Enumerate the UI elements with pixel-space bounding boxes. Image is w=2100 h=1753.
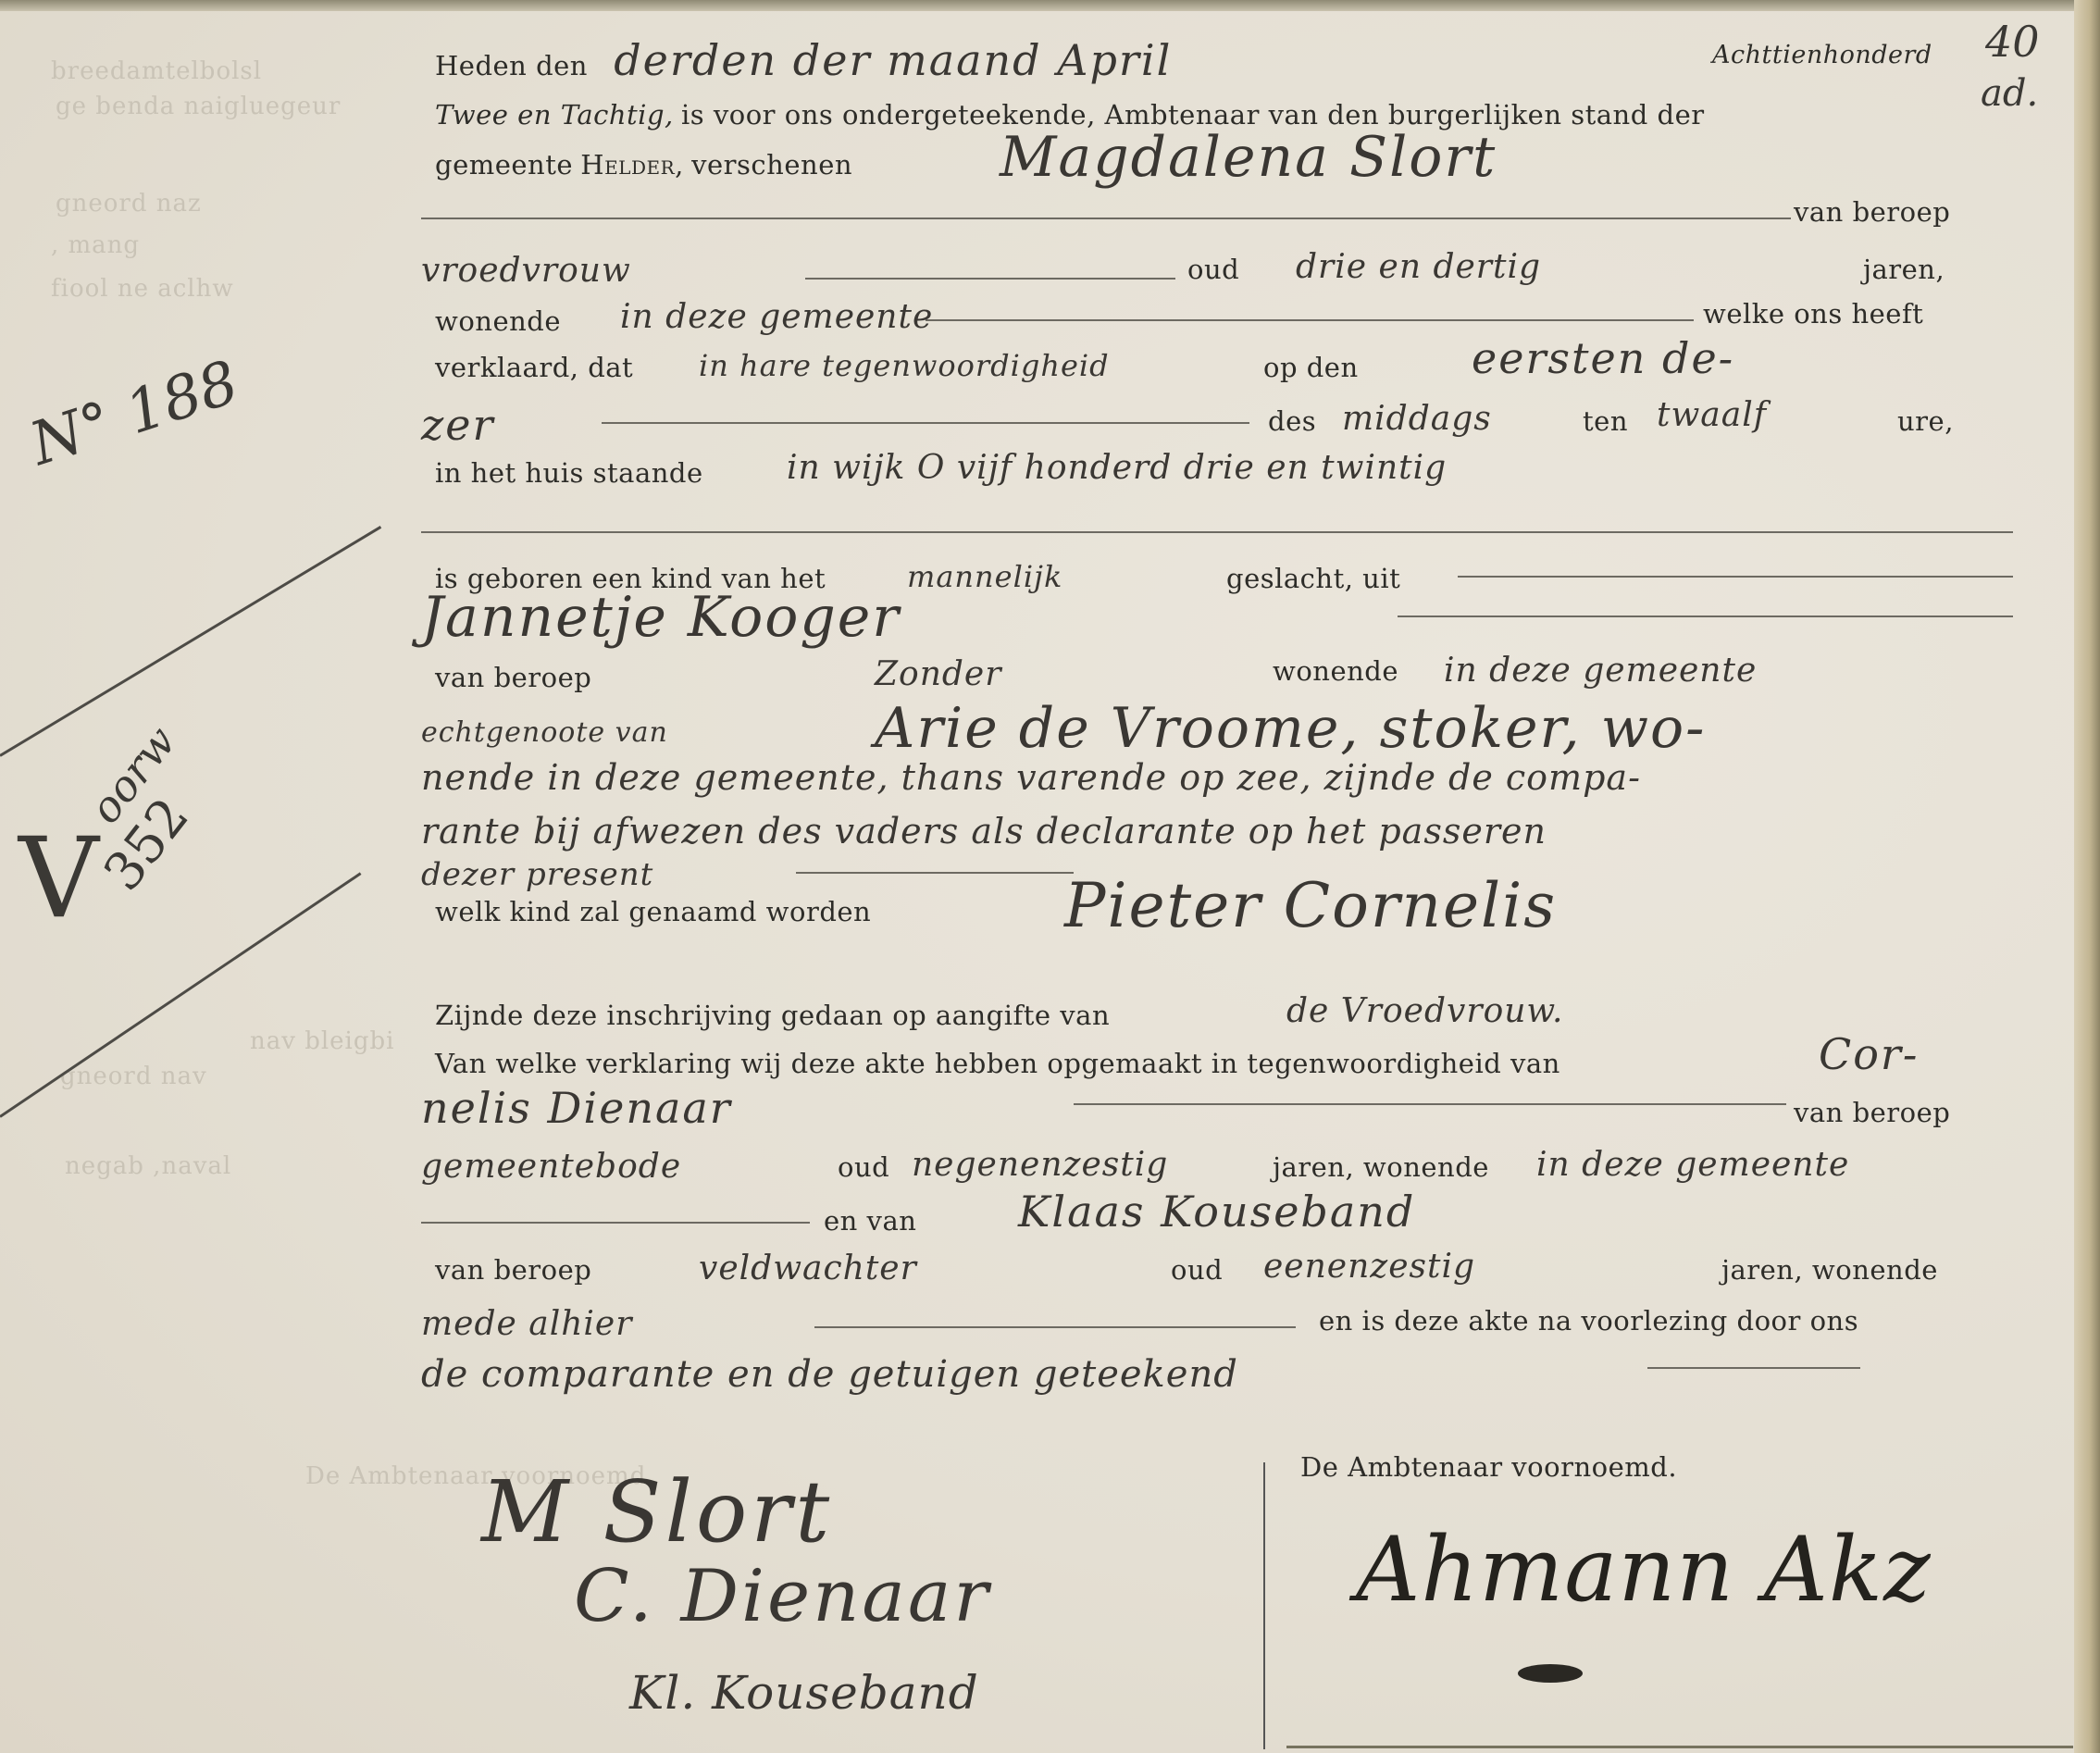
birth-address: in wijk O vijf honderd drie en twintig [787, 449, 1447, 487]
witness-1-occupation: gemeentebode [421, 1148, 681, 1186]
informant: de Vroedvrouw. [1286, 992, 1563, 1030]
printed-text: van beroep [1794, 196, 1950, 228]
ruled-line [1074, 1103, 1786, 1105]
printed-text: wonende [435, 305, 561, 337]
signature-brace [1263, 1462, 1265, 1749]
printed-text: ure, [1897, 405, 1954, 437]
printed-text: des [1268, 405, 1316, 437]
ink-blot [1518, 1664, 1583, 1683]
printed-text: verschenen [691, 149, 852, 180]
bleed-through-text: nav bleigbi [250, 1027, 394, 1055]
signature-official: Ahmann Akz [1356, 1518, 1932, 1622]
birth-month: zer [421, 400, 494, 450]
printed-text: van beroep [1794, 1097, 1950, 1128]
handwritten-text: echtgenoote van [421, 716, 668, 749]
bleed-through-text: breedamtelbolsl [51, 57, 262, 85]
handwritten-text: in hare tegenwoordigheid [699, 348, 1110, 383]
certificate-page: breedamtelbolsl ge benda naigluegeur gne… [0, 0, 2100, 1753]
printed-municipality: Helder, [580, 149, 684, 180]
declarant-occupation: vroedvrouw [421, 252, 631, 290]
printed-text: oud [1171, 1254, 1223, 1286]
handwritten-text: dezer present [421, 856, 653, 893]
printed-text: ten [1583, 405, 1628, 437]
mother-name: Jannetje Kooger [421, 585, 901, 650]
printed-text: jaren, [1863, 254, 1945, 285]
printed-text: oud [1187, 254, 1239, 285]
printed-text: Van welke verklaring wij deze akte hebbe… [435, 1048, 1560, 1079]
printed-century: Achttienhonderd [1712, 41, 1932, 69]
corner-annotation: ad. [1981, 72, 2038, 115]
page-top-edge [0, 0, 2100, 11]
witness-2-occupation: veldwachter [699, 1249, 917, 1287]
ruled-line [602, 422, 1249, 424]
printed-text: en is deze akte na voorlezing door ons [1319, 1305, 1858, 1337]
signature-declarant: M Slort [481, 1462, 833, 1561]
signature-witness-2: Kl. Kouseband [629, 1666, 979, 1720]
printed-year-italic: Twee en Tachtig, [435, 99, 674, 131]
ruled-line [1647, 1367, 1860, 1369]
birth-hour: twaalf [1657, 396, 1767, 434]
witness-1-name: nelis Dienaar [421, 1083, 732, 1133]
ruled-line [421, 218, 1791, 219]
bleed-through-text: gneord naz [56, 190, 202, 218]
margin-diagonal-line [0, 526, 381, 757]
page-binding-edge [2074, 0, 2100, 1753]
ruled-line [1398, 615, 2013, 617]
bleed-through-text: gneord nav [60, 1063, 207, 1090]
printed-text: jaren, wonende [1273, 1151, 1489, 1183]
signature-witness-1: C. Dienaar [574, 1555, 991, 1638]
handwritten-date: derden der maand April [614, 35, 1172, 85]
printed-text: in het huis staande [435, 457, 703, 489]
printed-text: geslacht, uit [1226, 563, 1400, 594]
birth-time-of-day: middags [1342, 400, 1492, 438]
act-number: N° 188 [22, 348, 246, 479]
signing-clause: de comparante en de getuigen geteekend [421, 1353, 1238, 1396]
printed-text: Zijnde deze inschrijving gedaan op aangi… [435, 1000, 1110, 1031]
father-name-occupation: Arie de Vroome, stoker, wo- [875, 696, 1706, 761]
witness-2-name: Klaas Kouseband [1018, 1187, 1415, 1237]
witness-1-age: negenenzestig [912, 1146, 1168, 1184]
printed-text: welk kind zal genaamd worden [435, 896, 871, 927]
printed-text: van beroep [435, 662, 591, 693]
printed-text: oud [838, 1151, 889, 1183]
ruled-line [796, 872, 1074, 874]
printed-text: en van [824, 1205, 916, 1237]
official-label: De Ambtenaar voornoemd. [1300, 1451, 1677, 1483]
printed-text: op den [1263, 352, 1359, 383]
witness-2-age: eenenzestig [1263, 1248, 1475, 1286]
mother-residence: in deze gemeente [1444, 652, 1757, 690]
page-number: 40 [1985, 17, 2040, 67]
mother-occupation: Zonder [875, 655, 1001, 693]
ruled-line [1458, 576, 2013, 578]
ruled-line [421, 1222, 810, 1224]
printed-text: verklaard, dat [435, 352, 633, 383]
handwritten-text: rante bij afwezen des vaders als declara… [421, 811, 1547, 852]
record-line-1: Heden den derden der maand April [435, 35, 1172, 85]
child-given-names: Pieter Cornelis [1064, 870, 1557, 941]
record-line-3: gemeente Helder, verschenen [435, 148, 852, 182]
printed-text: welke ons heeft [1703, 298, 1923, 329]
ruled-line [421, 531, 2013, 533]
witness-1-name-start: Cor- [1819, 1029, 1919, 1079]
bleed-through-text: fiool ne aclhw [51, 275, 234, 303]
page-bottom-rule [1286, 1746, 2073, 1748]
handwritten-text: nende in deze gemeente, thans varende op… [421, 757, 1641, 798]
ruled-line [926, 319, 1694, 321]
printed-text: Heden den [435, 50, 588, 81]
birth-day: eersten de- [1472, 333, 1734, 383]
child-sex: mannelijk [907, 559, 1062, 594]
bleed-through-text: ge benda naigluegeur [56, 93, 341, 120]
declarant-residence: in deze gemeente [620, 298, 933, 336]
declarant-name: Magdalena Slort [1000, 125, 1497, 190]
bleed-through-text: negab ,naval [65, 1152, 231, 1180]
witness-2-residence: mede alhier [421, 1305, 632, 1343]
printed-text: wonende [1273, 655, 1398, 687]
witness-1-residence: in deze gemeente [1536, 1146, 1849, 1184]
ruled-line [814, 1326, 1296, 1328]
side-note-letter: V [19, 814, 99, 943]
ruled-line [805, 278, 1175, 280]
printed-text: jaren, wonende [1721, 1254, 1938, 1286]
printed-text: van beroep [435, 1254, 591, 1286]
bleed-through-text: , mang [51, 231, 140, 259]
declarant-age: drie en dertig [1296, 248, 1541, 286]
printed-text: gemeente [435, 149, 573, 180]
